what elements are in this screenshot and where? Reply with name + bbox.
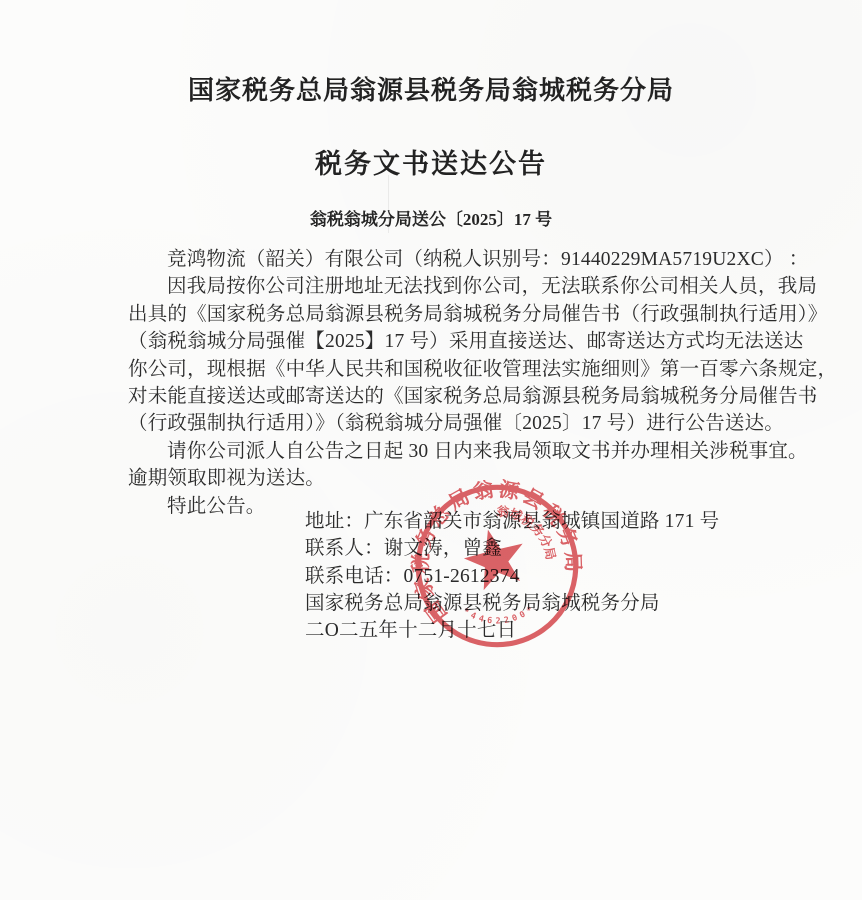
scan-artifact-line (388, 175, 389, 233)
signing-authority: 国家税务总局翁源县税务局翁城税务分局 (305, 590, 719, 617)
document-body: 竞鸿物流（韶关）有限公司（纳税人识别号：91440229MA5719U2XC） … (128, 246, 848, 520)
signature-block: 地址：广东省韶关市翁源县翁城镇国道路 171 号 联系人：谢文涛，曾鑫 联系电话… (305, 508, 719, 644)
contact-persons: 联系人：谢文涛，曾鑫 (305, 535, 719, 562)
signing-date: 二O二五年十二月十七日 (305, 617, 719, 644)
body-line: 因我局按你公司注册地址无法找到你公司，无法联系你公司相关人员，我局 (128, 273, 848, 300)
body-line: 出具的《国家税务总局翁源县税务局翁城税务分局催告书（行政强制执行适用）》 (128, 301, 848, 328)
body-line: 竞鸿物流（韶关）有限公司（纳税人识别号：91440229MA5719U2XC） … (128, 246, 848, 273)
body-line: 请你公司派人自公告之日起 30 日内来我局领取文书并办理相关涉税事宜。 (128, 438, 848, 465)
issuing-authority-title: 国家税务总局翁源县税务局翁城税务分局 (0, 70, 862, 107)
body-line: 对未能直接送达或邮寄送达的《国家税务总局翁源县税务局翁城税务分局催告书 (128, 383, 848, 410)
document-number: 翁税翁城分局送公〔2025〕17 号 (0, 205, 862, 230)
contact-address: 地址：广东省韶关市翁源县翁城镇国道路 171 号 (305, 508, 719, 535)
body-line: （翁税翁城分局强催【2025】17 号）采用直接送达、邮寄送达方式均无法送达 (128, 328, 848, 355)
contact-phone: 联系电话：0751-2612374 (305, 563, 719, 590)
document-title: 税务文书送达公告 (0, 142, 862, 181)
body-line: 逾期领取即视为送达。 (128, 465, 848, 492)
body-line: （行政强制执行适用）》（翁税翁城分局强催〔2025〕17 号）进行公告送达。 (128, 410, 848, 437)
body-line: 你公司，现根据《中华人民共和国税收征收管理法实施细则》第一百零六条规定， (128, 356, 848, 383)
tax-notice-document: 国家税务总局翁源县税务局翁城税务分局 税务文书送达公告 翁税翁城分局送公〔202… (0, 0, 862, 900)
